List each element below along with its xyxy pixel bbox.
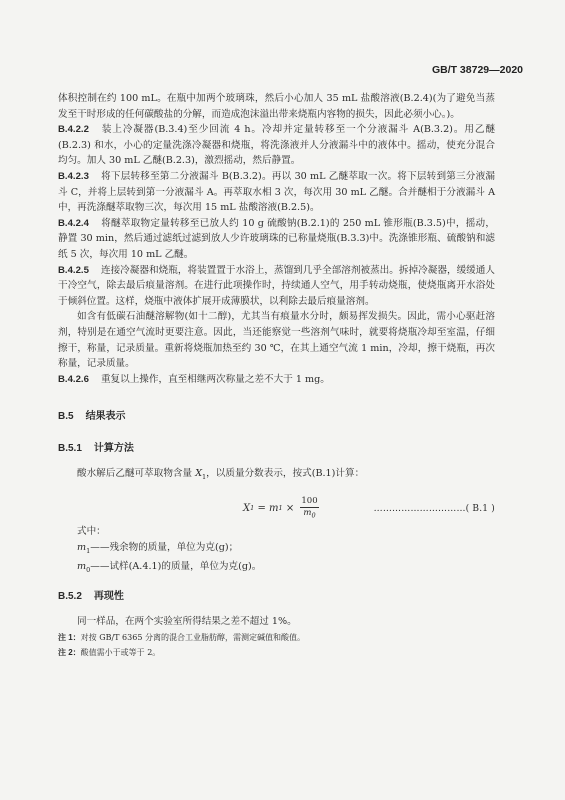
section-heading-b5: B.5结果表示 (58, 409, 495, 425)
section-number: B.5.1 (58, 443, 82, 454)
formula-b1: X1 = m1 × 100 m0 …………………………( B.1 ) (58, 490, 495, 524)
clause-b4224: B.4.2.4将醚萃取物定量转移至已放人约 10 g 硫酸钠(B.2.1)的 2… (58, 216, 495, 263)
note-text: 酸值需小于或等于 2。 (81, 648, 161, 657)
where-label: 式中： (58, 524, 495, 540)
fraction-numerator: 100 (300, 496, 318, 508)
clause-text: 连接冷凝器和烧瓶，将装置置于水浴上，蒸馏到几乎全部溶剂被蒸出。拆掉冷凝器，缓缓通… (58, 265, 495, 307)
note-label: 注 1： (58, 633, 81, 642)
clause-text: 将下层转移至第二分液漏斗 B(B.3.2)。再以 30 mL 乙醚萃取一次。将下… (58, 171, 495, 213)
note-text: 对按 GB/T 6365 分离的混合工业脂肪醇，需测定碱值和酸值。 (81, 633, 305, 642)
variable: X (195, 468, 202, 479)
definition-text: ——残余物的质量，单位为克(g)； (90, 542, 238, 553)
denominator-sub: 0 (311, 512, 315, 520)
section-title: 再现性 (94, 591, 124, 602)
definition-text: ——试样(A.4.1)的质量，单位为克(g)。 (90, 561, 261, 572)
clause-b4222: B.4.2.2装上冷凝器(B.3.4)至少回流 4 h。冷却并定量转移至一个分液… (58, 122, 495, 169)
clause-number: B.4.2.3 (58, 171, 89, 182)
note-2: 注 2：酸值需小于或等于 2。 (58, 645, 495, 660)
note-1: 注 1：对按 GB/T 6365 分离的混合工业脂肪醇，需测定碱值和酸值。 (58, 630, 495, 645)
section-title: 结果表示 (86, 411, 126, 422)
document-page: GB/T 38729—2020 体积控制在约 100 mL。在瓶中加两个玻璃珠，… (0, 0, 565, 800)
definition-m0: m0——试样(A.4.1)的质量，单位为克(g)。 (77, 559, 495, 579)
formula-fraction: 100 m0 (300, 496, 318, 522)
clause-b4226: B.4.2.6重复以上操作，直至相继两次称量之差不大于 1 mg。 (58, 372, 495, 388)
definition-symbol: m (77, 561, 86, 572)
clause-text: 装上冷凝器(B.3.4)至少回流 4 h。冷却并定量转移至一个分液漏斗 A(B.… (58, 124, 495, 166)
clause-text: 将醚萃取物定量转移至已放人约 10 g 硫酸钠(B.2.1)的 250 mL 锥… (58, 218, 495, 260)
standard-code-header: GB/T 38729—2020 (432, 64, 523, 76)
clause-number: B.4.2.6 (58, 374, 89, 385)
document-body: 体积控制在约 100 mL。在瓶中加两个玻璃珠，然后小心加人 35 mL 盐酸溶… (58, 91, 495, 660)
clause-b4223: B.4.2.3将下层转移至第二分液漏斗 B(B.3.2)。再以 30 mL 乙醚… (58, 169, 495, 216)
section-title: 计算方法 (94, 443, 134, 454)
paragraph-continuation: 体积控制在约 100 mL。在瓶中加两个玻璃珠，然后小心加人 35 mL 盐酸溶… (58, 91, 495, 122)
formula-m1: m (269, 501, 278, 517)
note-label: 注 2： (58, 648, 81, 657)
section-number: B.5 (58, 411, 74, 422)
fraction-denominator: m0 (303, 508, 315, 522)
definition-m1: m1——残余物的质量，单位为克(g)； (77, 540, 495, 560)
clause-b4225: B.4.2.5连接冷凝器和烧瓶，将装置置于水浴上，蒸馏到几乎全部溶剂被蒸出。拆掉… (58, 263, 495, 310)
formula-equals: = (254, 501, 269, 517)
clause-text: 重复以上操作，直至相继两次称量之差不大于 1 mg。 (101, 374, 330, 385)
calculation-lead: 酸水解后乙醚可萃取物含量 X1，以质量分数表示，按式(B.1)计算： (58, 466, 495, 486)
section-heading-b51: B.5.1计算方法 (58, 441, 495, 457)
formula-expression: X1 = m1 × 100 m0 (243, 496, 319, 522)
section-number: B.5.2 (58, 591, 82, 602)
caution-paragraph: 如含有低碳石油醚溶解物(如十二醇)，尤其当有痕量水分时，颇易挥发损失。因此，需小… (58, 309, 495, 371)
definition-symbol: m (77, 542, 86, 553)
reproducibility-text: 同一样品，在两个实验室所得结果之差不超过 1%。 (58, 614, 495, 630)
formula-lhs: X (243, 501, 250, 517)
section-heading-b52: B.5.2再现性 (58, 589, 495, 605)
clause-number: B.4.2.2 (58, 124, 89, 135)
equation-number: …………………………( B.1 ) (374, 502, 495, 518)
lead-text: 酸水解后乙醚可萃取物含量 (77, 468, 195, 479)
clause-number: B.4.2.4 (58, 218, 89, 229)
formula-times: × (283, 501, 298, 517)
lead-text: ，以质量分数表示，按式(B.1)计算： (206, 468, 364, 479)
clause-number: B.4.2.5 (58, 265, 89, 276)
variable-definitions: m1——残余物的质量，单位为克(g)； m0——试样(A.4.1)的质量，单位为… (58, 540, 495, 579)
